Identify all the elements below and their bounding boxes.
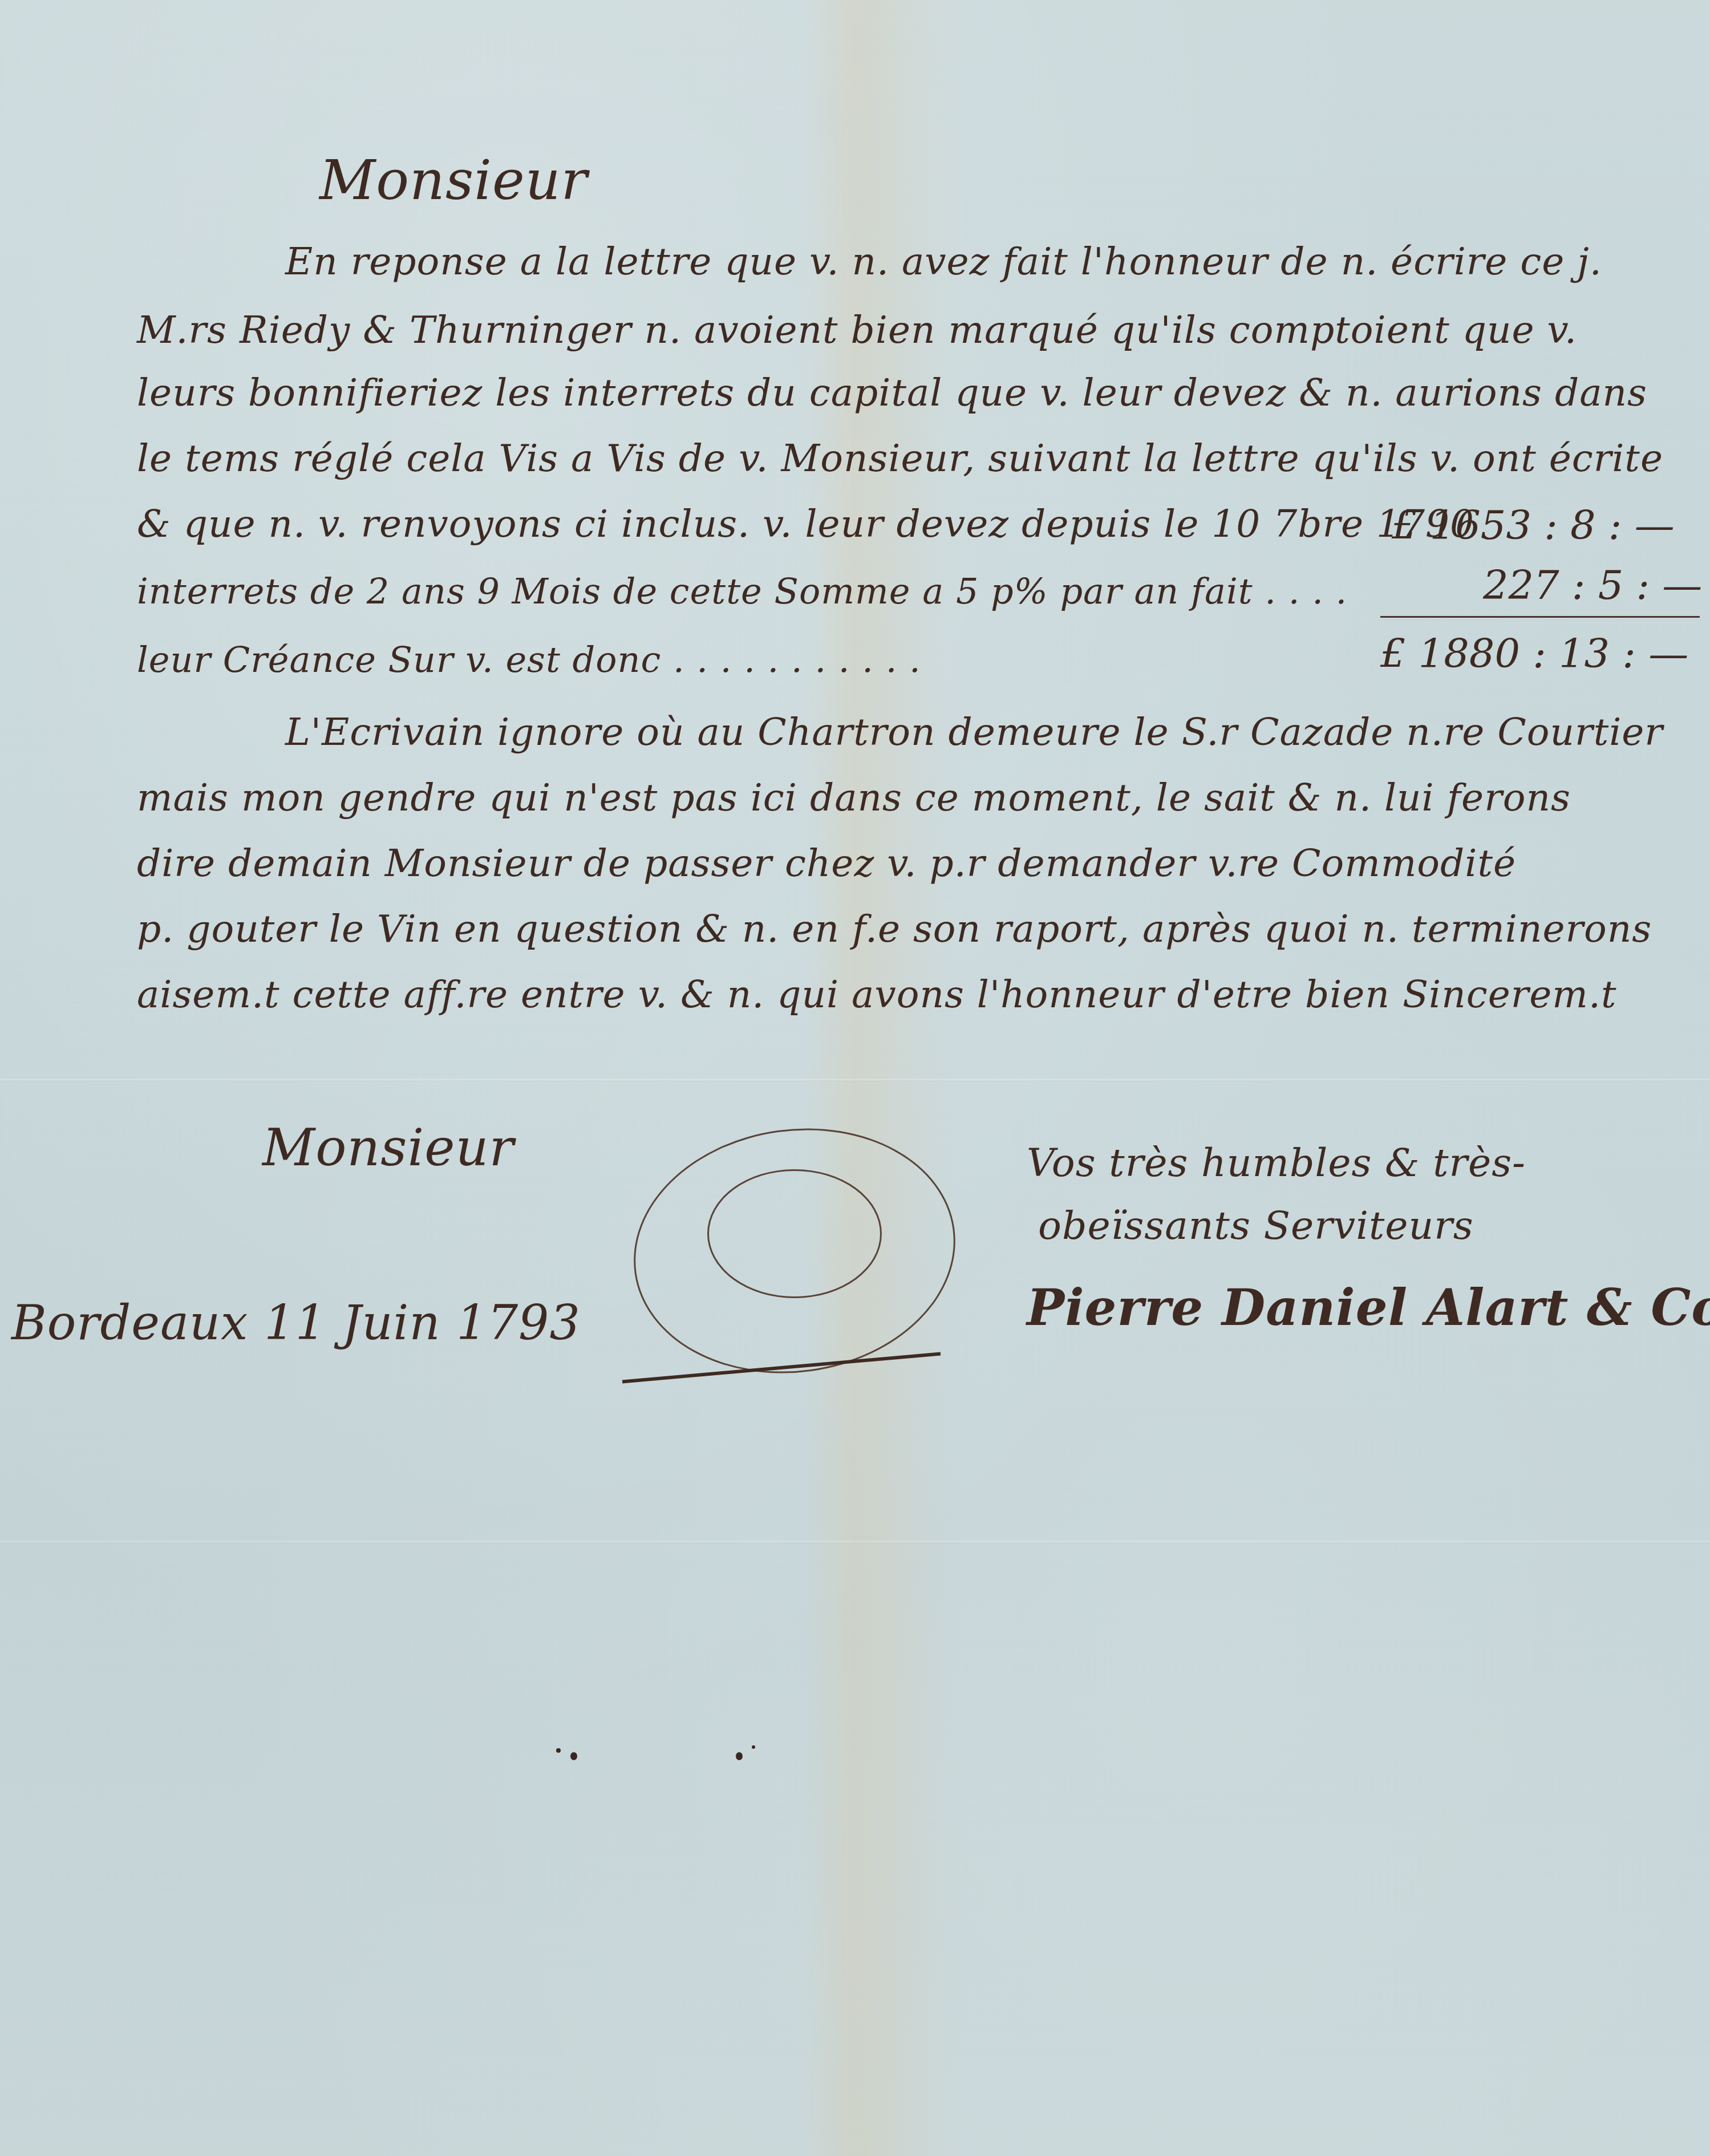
amount-interest: 227 : 5 : — bbox=[1483, 562, 1702, 609]
ink-speck bbox=[736, 1752, 743, 1760]
ink-speck bbox=[570, 1752, 577, 1760]
salutation-top: Monsieur bbox=[319, 148, 587, 212]
closing-line: Vos très humbles & très- bbox=[1027, 1141, 1526, 1186]
ink-speck bbox=[556, 1748, 561, 1753]
salutation-bottom: Monsieur bbox=[262, 1118, 514, 1178]
sum-rule bbox=[1380, 616, 1700, 618]
body-line: leurs bonnifieriez les interrets du capi… bbox=[137, 371, 1647, 415]
amount-principal: £ 1653 : 8 : — bbox=[1392, 502, 1675, 549]
interest-line: interrets de 2 ans 9 Mois de cette Somme… bbox=[137, 570, 1347, 612]
signature-flourish-inner bbox=[707, 1169, 882, 1298]
body-line: le tems réglé cela Vis a Vis de v. Monsi… bbox=[137, 436, 1663, 480]
body-line: En reponse a la lettre que v. n. avez fa… bbox=[285, 240, 1602, 283]
body-line: aisem.t cette aff.re entre v. & n. qui a… bbox=[137, 972, 1616, 1016]
total-line: leur Créance Sur v. est donc . . . . . .… bbox=[137, 639, 921, 680]
body-line: L'Ecrivain ignore où au Chartron demeure… bbox=[285, 710, 1663, 754]
paper-fold-line bbox=[0, 1540, 1710, 1543]
signature: Pierre Daniel Alart & Comp.e bbox=[1027, 1278, 1710, 1337]
amount-total: £ 1880 : 13 : — bbox=[1380, 630, 1688, 677]
body-line: mais mon gendre qui n'est pas ici dans c… bbox=[137, 776, 1571, 820]
closing-line: obeïssants Serviteurs bbox=[1038, 1203, 1474, 1249]
body-line: p. gouter le Vin en question & n. en f.e… bbox=[137, 907, 1652, 951]
paper-fold-line bbox=[0, 1078, 1710, 1081]
body-line: M.rs Riedy & Thurninger n. avoient bien … bbox=[137, 308, 1577, 352]
ink-speck bbox=[752, 1745, 755, 1749]
body-line: & que n. v. renvoyons ci inclus. v. leur… bbox=[137, 502, 1474, 546]
place-date: Bordeaux 11 Juin 1793 bbox=[11, 1295, 581, 1351]
body-line: dire demain Monsieur de passer chez v. p… bbox=[137, 841, 1516, 885]
